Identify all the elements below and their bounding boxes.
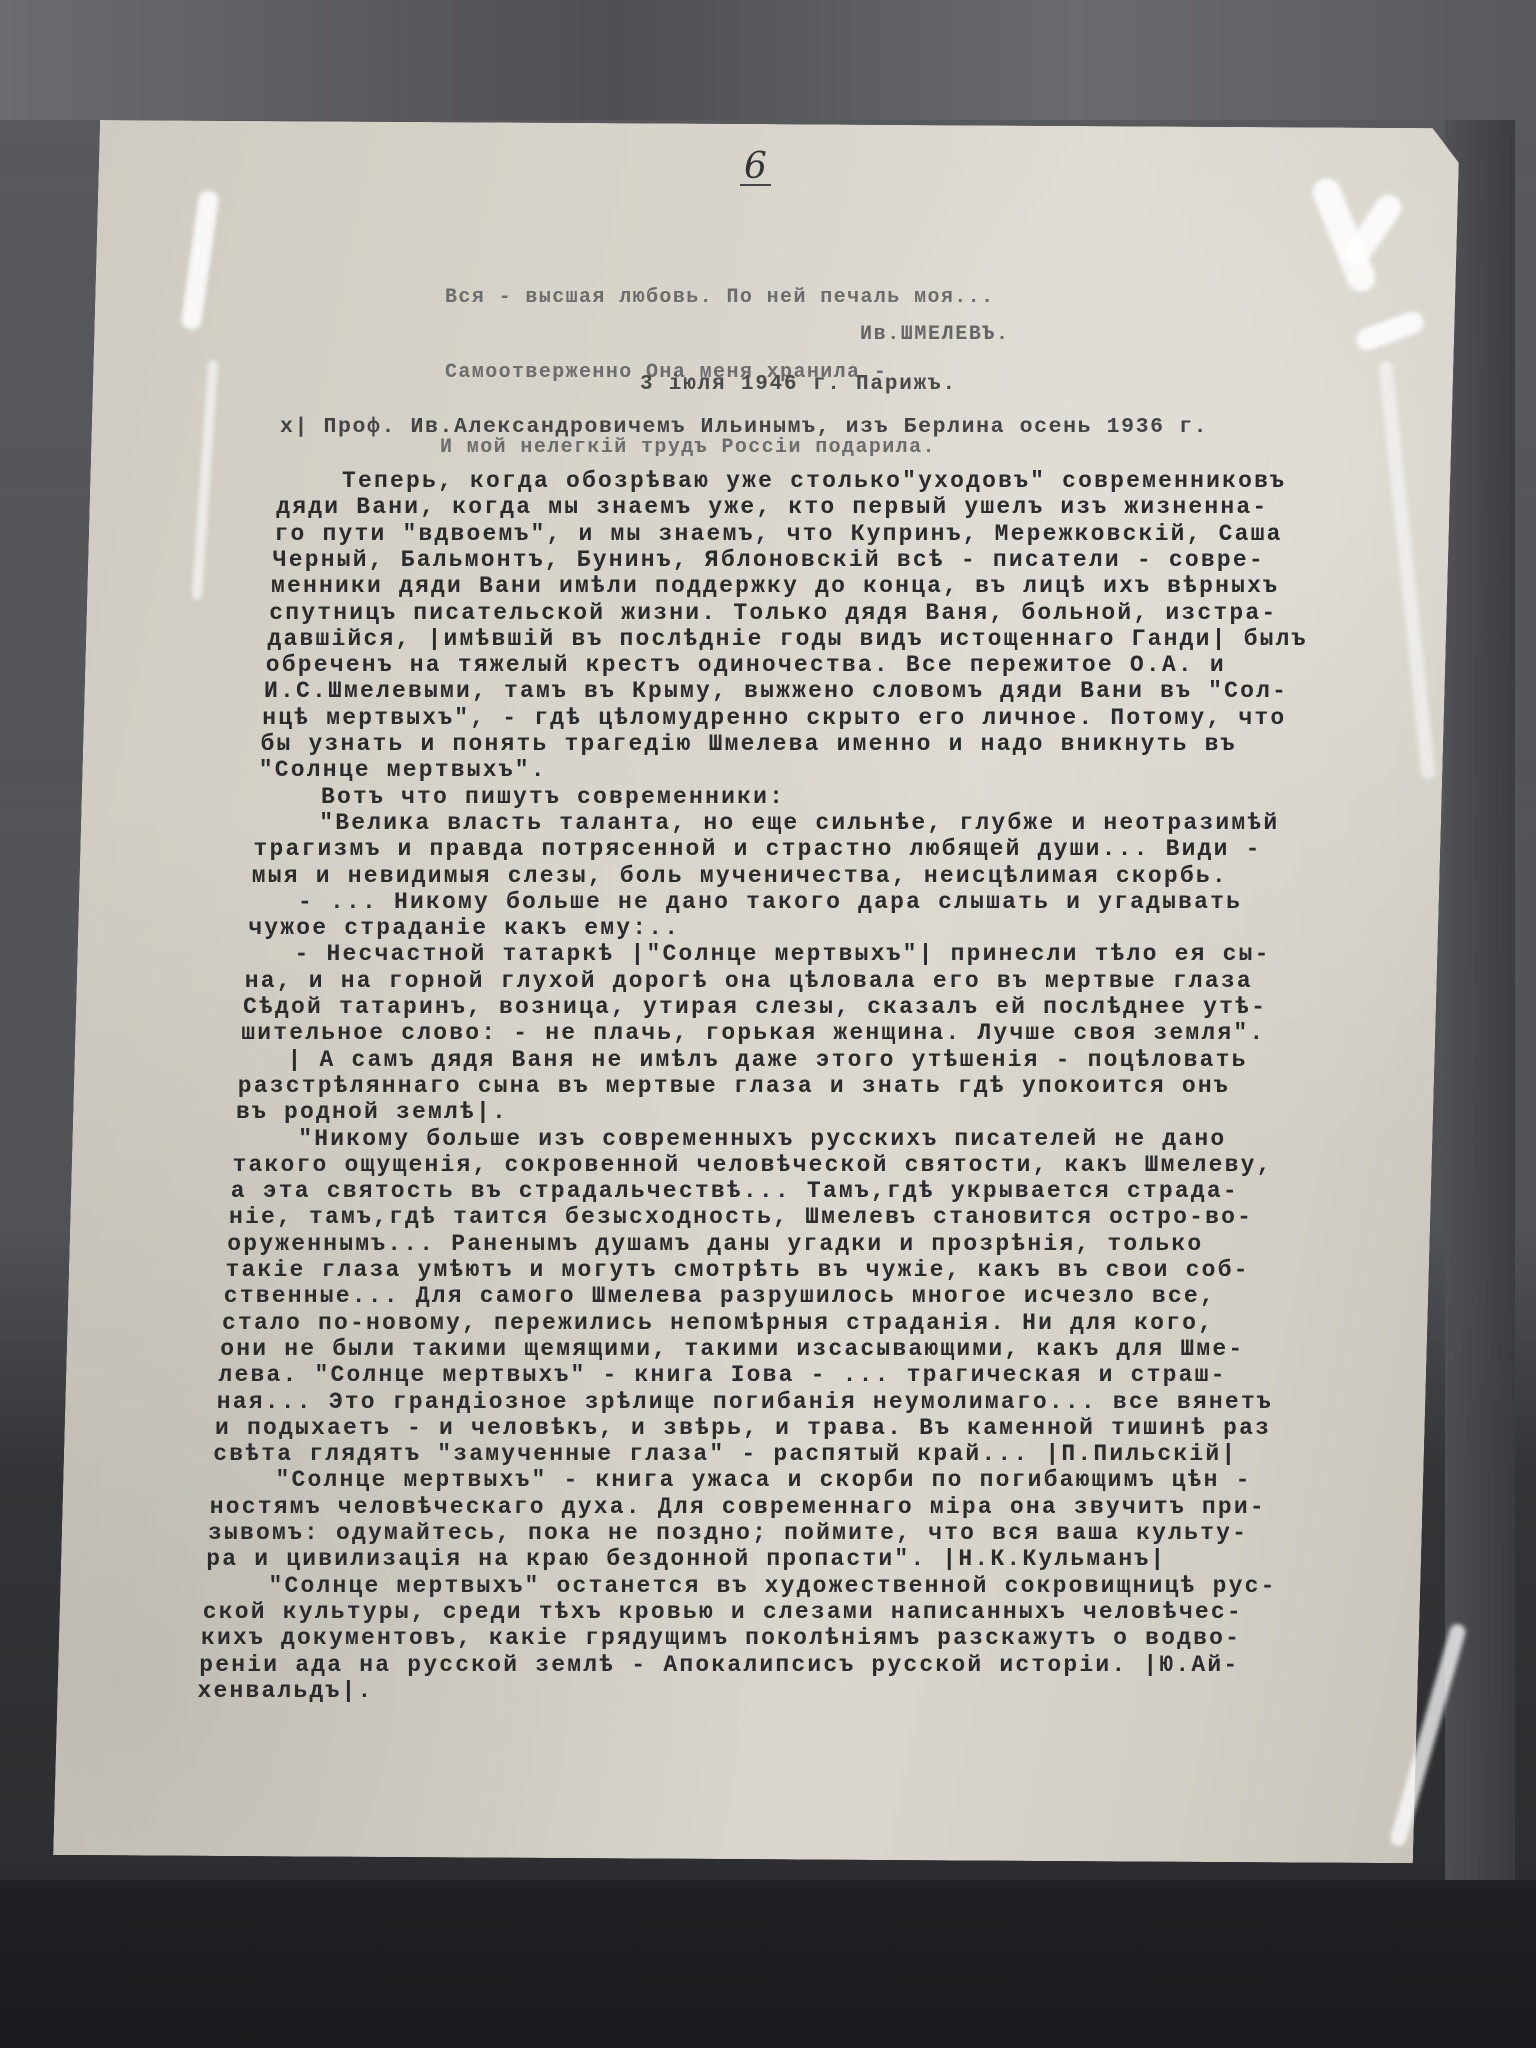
body-line: на, и на горной глухой дорогѣ она цѣлова…: [245, 968, 1253, 994]
body-line: мыя и невидимыя слезы, боль мученичества…: [252, 863, 1228, 889]
body-line: такого ощущенія, сокровенной человѣческо…: [233, 1152, 1273, 1178]
body-line: бы узнать и понять трагедію Шмелева имен…: [261, 731, 1237, 757]
body-line: ственные... Для самого Шмелева разрушило…: [224, 1283, 1216, 1309]
body-line: "Солнце мертвыхъ".: [259, 757, 547, 783]
body-line: - Несчастной татаркѣ |"Солнце мертвыхъ"|…: [247, 941, 1271, 967]
body-line: чужое страданіе какъ ему:..: [248, 915, 680, 941]
body-line: Сѣдой татаринъ, возница, утирая слезы, с…: [243, 994, 1267, 1020]
body-line: и подыхаетъ - и человѣкъ, и звѣрь, и тра…: [215, 1415, 1271, 1441]
body-line: ная... Это грандіозное зрѣлище погибанія…: [217, 1389, 1273, 1415]
body-line: въ родной землѣ|.: [236, 1099, 508, 1125]
body-line: трагизмъ и правда потрясенной и страстно…: [254, 836, 1262, 862]
body-line: ра и цивилизація на краю бездонной пропа…: [206, 1546, 1166, 1572]
body-line: И.С.Шмелевыми, тамъ въ Крыму, выжжено сл…: [264, 678, 1288, 704]
body-line: обреченъ на тяжелый крестъ одиночества. …: [266, 652, 1226, 678]
body-line: кихъ документовъ, какіе грядущимъ поколѣ…: [201, 1625, 1241, 1651]
body-line: - ... Никому больше не дано такого дара …: [250, 889, 1242, 915]
body-line: давшійся, |имѣвшій въ послѣдніе годы вид…: [268, 626, 1308, 652]
body-line: они не были такими щемящими, такими изса…: [220, 1336, 1244, 1362]
body-line: спутницъ писательской жизни. Только дядя…: [269, 600, 1277, 626]
body-line: "Никому больше изъ современныхъ русскихъ…: [234, 1126, 1226, 1152]
body-line: "Солнце мертвыхъ" - книга ужаса и скорби…: [212, 1467, 1252, 1493]
body-line: такіе глаза умѣютъ и могутъ смотрѣть въ …: [226, 1257, 1250, 1283]
body-line: лева. "Солнце мертвыхъ" - книга Іова - .…: [219, 1362, 1227, 1388]
body-line: хенвальдъ|.: [198, 1678, 374, 1704]
body-line: го пути "вдвоемъ", и мы знаемъ, что Купр…: [275, 521, 1283, 547]
body-line: "Солнце мертвыхъ" останется въ художеств…: [205, 1573, 1277, 1599]
body-line: дяди Вани, когда мы знаемъ уже, кто перв…: [276, 494, 1268, 520]
body-line: ской культуры, среди тѣхъ кровью и слеза…: [203, 1599, 1243, 1625]
body-line: нцѣ мертвыхъ", - гдѣ цѣломудренно скрыто…: [262, 705, 1286, 731]
body-line: реніи ада на русской землѣ - Апокалипсис…: [199, 1652, 1239, 1678]
body-line: шительное слово: - не плачь, горькая жен…: [241, 1020, 1265, 1046]
body-line: зывомъ: одумайтесь, пока не поздно; пойм…: [208, 1520, 1248, 1546]
body-line: оруженнымъ... Раненымъ душамъ даны угадк…: [227, 1231, 1203, 1257]
body-line: "Велика власть таланта, но еще сильнѣе, …: [255, 810, 1279, 836]
body-line: ностямъ человѣческаго духа. Для современ…: [210, 1494, 1266, 1520]
body-line: менники дяди Вани имѣли поддержку до кон…: [271, 573, 1279, 599]
body-line: ніе, тамъ,гдѣ таится безысходность, Шмел…: [229, 1204, 1253, 1230]
body-line: | А самъ дядя Ваня не имѣлъ даже этого у…: [240, 1047, 1248, 1073]
body-line: а эта святость въ страдальчествѣ... Тамъ…: [231, 1178, 1239, 1204]
body-line: Вотъ что пишутъ современники:: [257, 784, 785, 810]
body-text: Теперь, когда обозрѣваю уже столько"уход…: [0, 0, 1536, 2048]
body-line: Теперь, когда обозрѣваю уже столько"уход…: [278, 468, 1286, 494]
body-line: стало по-новому, пережились непомѣрныя с…: [222, 1310, 1214, 1336]
body-line: разстрѣляннаго сына въ мертвые глаза и з…: [238, 1073, 1230, 1099]
body-line: свѣта глядятъ "замученные глаза" - распя…: [213, 1441, 1237, 1467]
body-line: Черный, Бальмонтъ, Бунинъ, Яблоновскій в…: [273, 547, 1265, 573]
